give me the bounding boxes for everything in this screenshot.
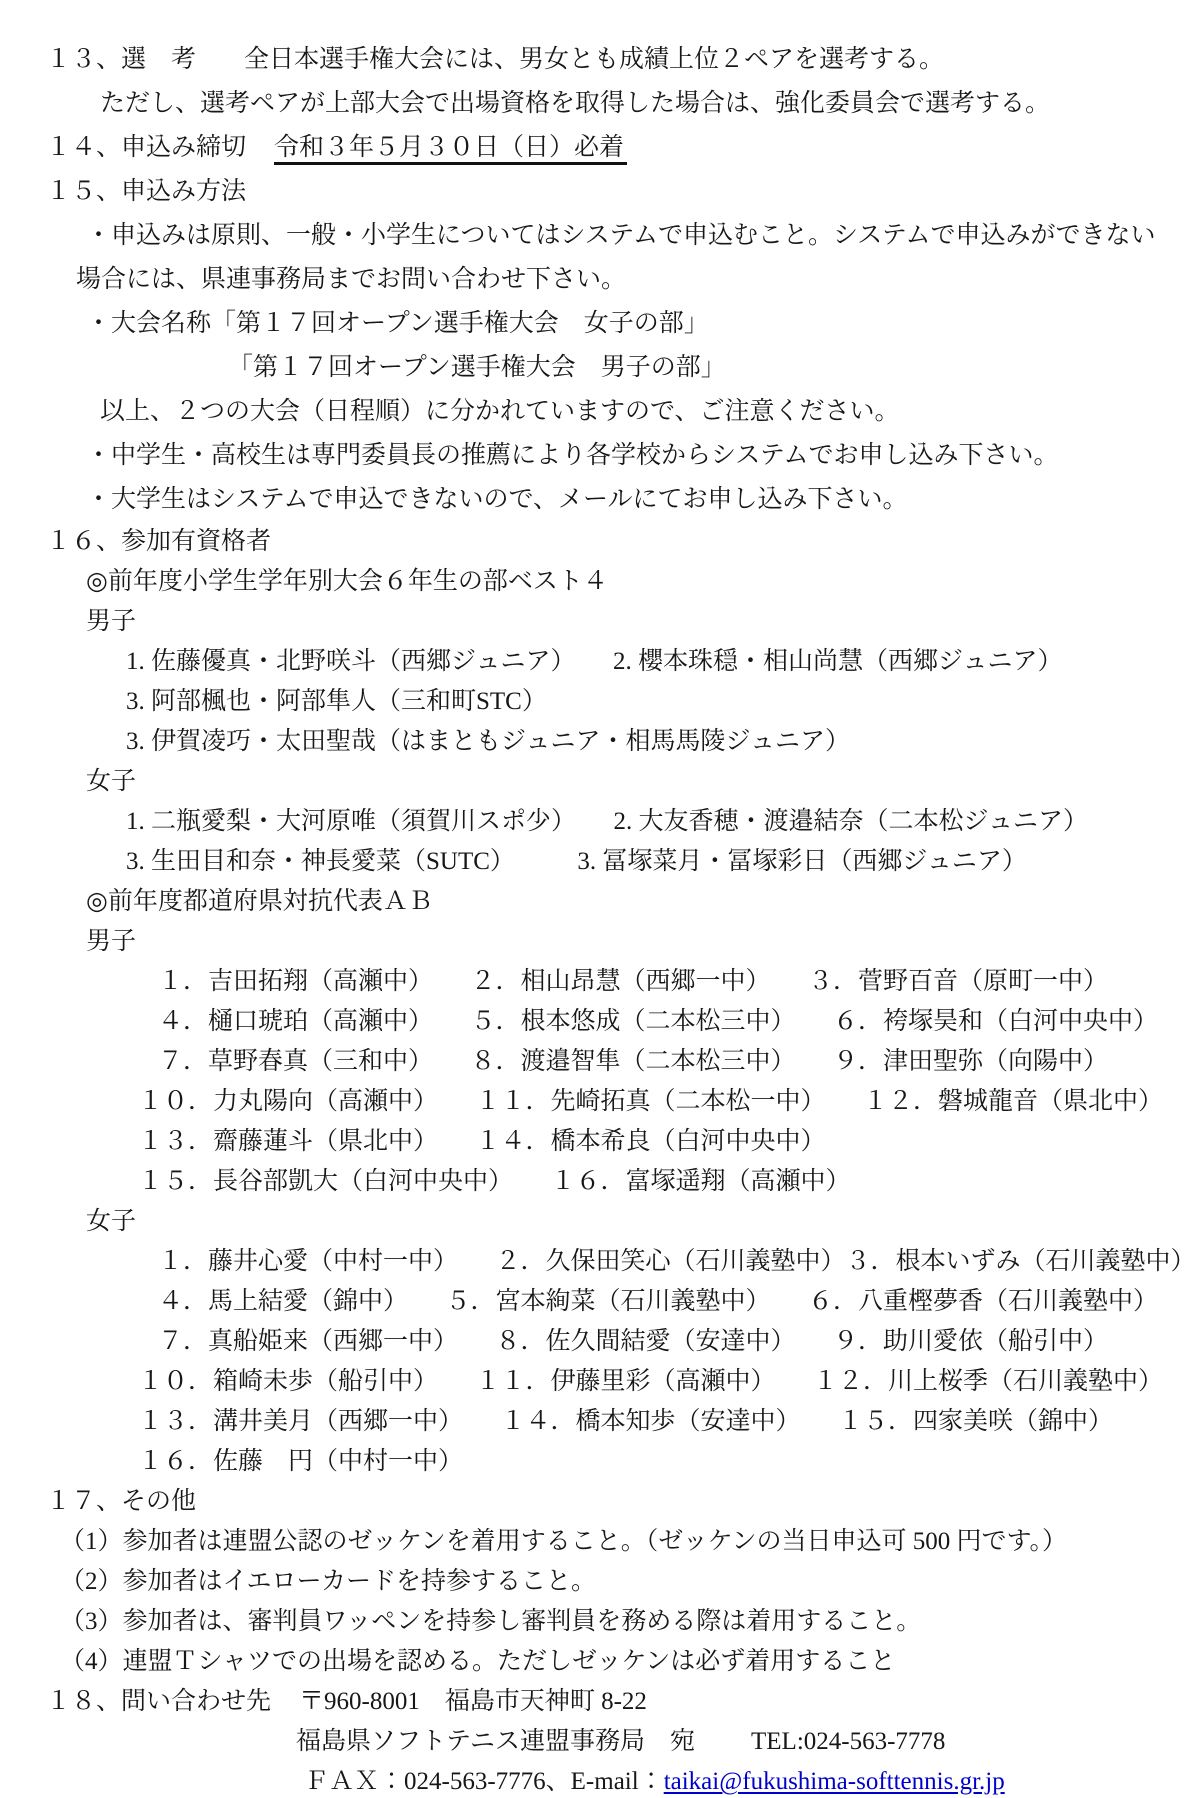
- s15-heading: １５、申込み方法: [46, 178, 246, 205]
- line-apply-method-heading: １５、申込み方法: [46, 170, 1180, 214]
- prefectural-girls-row: １０．箱崎未歩（船引中） １１．伊藤里彩（高瀬中） １２．川上桜季（石川義塾中）: [138, 1368, 1163, 1395]
- list-item: ４．樋口琥珀（高瀬中） ５．根本悠成（二本松三中） ６．袴塚昊和（白河中央中）: [158, 1002, 1180, 1042]
- list-item: 1. 二瓶愛梨・大河原唯（須賀川スポ少） 2. 大友香穂・渡邉結奈（二本松ジュニ…: [126, 802, 1180, 842]
- list-item: （4）連盟Ｔシャツでの出場を認める。ただしゼッケンは必ず着用すること: [60, 1642, 1180, 1682]
- line-contact-heading: １８、問い合わせ先〒960-8001 福島市天神町 8-22: [46, 1682, 1180, 1722]
- boys-label: 男子: [86, 608, 136, 635]
- prefectural-boys-row: １３．齋藤蓮斗（県北中） １４．橋本希良（白河中央中）: [138, 1128, 826, 1155]
- other-item: （1）参加者は連盟公認のゼッケンを着用すること。（ゼッケンの当日申込可 500 …: [60, 1528, 1067, 1555]
- list-item: １３．齋藤蓮斗（県北中） １４．橋本希良（白河中央中）: [138, 1122, 1180, 1162]
- list-item: １．吉田拓翔（高瀬中） ２．相山昂慧（西郷一中） ３．菅野百音（原町一中）: [158, 962, 1180, 1002]
- s15-bullet4: ・大学生はシステムで申込できないので、メールにてお申し込み下さい。: [86, 486, 908, 513]
- list-item: １０．力丸陽向（高瀬中） １１．先崎拓真（二本松一中） １２．磐城龍音（県北中）: [138, 1082, 1180, 1122]
- s15-bullet3: ・中学生・高校生は専門委員長の推薦により各学校からシステムでお申し込み下さい。: [86, 442, 1059, 469]
- line-other-heading: １７、その他: [46, 1482, 1180, 1522]
- prefectural-title: ◎前年度都道府県対抗代表ＡＢ: [86, 888, 433, 915]
- boys-label: 男子: [86, 928, 136, 955]
- line-university-apply: ・大学生はシステムで申込できないので、メールにてお申し込み下さい。: [86, 478, 1180, 522]
- document-page: １３、選 考全日本選手権大会には、男女とも成績上位２ペアを選考する。 ただし、選…: [0, 0, 1200, 1798]
- list-item: １５．長谷部凱大（白河中央中） １６．富塚遥翔（高瀬中）: [138, 1162, 1180, 1202]
- line-contact-office: 福島県ソフトテニス連盟事務局 宛TEL:024-563-7778: [296, 1722, 1180, 1762]
- s14-deadline-underlined: 令和３年５月３０日（日）必着: [274, 134, 627, 165]
- list-item: （2）参加者はイエローカードを持参すること。: [60, 1562, 1180, 1602]
- list-item: １６．佐藤 円（中村一中）: [138, 1442, 1180, 1482]
- line-junior-high-apply: ・中学生・高校生は専門委員長の推薦により各学校からシステムでお申し込み下さい。: [86, 434, 1180, 478]
- sections-13-15: １３、選 考全日本選手権大会には、男女とも成績上位２ペアを選考する。 ただし、選…: [46, 38, 1180, 522]
- list-item: ７．真船姫来（西郷一中） ８．佐久間結愛（安達中） ９．助川愛依（船引中）: [158, 1322, 1180, 1362]
- s15-bullet1-line2: 場合には、県連事務局までお問い合わせ下さい。: [76, 266, 626, 293]
- prefectural-girls-row: １３．溝井美月（西郷一中） １４．橋本知歩（安達中） １５．四家美咲（錦中）: [138, 1408, 1113, 1435]
- list-item: （3）参加者は、審判員ワッペンを持参し審判員を務める際は着用すること。: [60, 1602, 1180, 1642]
- line-elementary-boys-label: 男子: [86, 602, 1180, 642]
- s13-note: ただし、選考ペアが上部大会で出場資格を取得した場合は、強化委員会で選考する。: [100, 90, 1050, 117]
- s14-heading: １４、申込み締切: [46, 134, 246, 161]
- prefectural-boys-row: ４．樋口琥珀（高瀬中） ５．根本悠成（二本松三中） ６．袴塚昊和（白河中央中）: [158, 1008, 1158, 1035]
- line-tournament-name-men: 「第１７回オープン選手権大会 男子の部」: [228, 346, 1180, 390]
- list-item: １０．箱崎未歩（船引中） １１．伊藤里彩（高瀬中） １２．川上桜季（石川義塾中）: [138, 1362, 1180, 1402]
- list-item: 3. 伊賀凌巧・太田聖哉（はまともジュニア・相馬馬陵ジュニア）: [126, 722, 1180, 762]
- line-selection-note: ただし、選考ペアが上部大会で出場資格を取得した場合は、強化委員会で選考する。: [100, 82, 1180, 126]
- list-item: 3. 阿部楓也・阿部隼人（三和町STC）: [126, 682, 1180, 722]
- prefectural-boys-row: １０．力丸陽向（高瀬中） １１．先崎拓真（二本松一中） １２．磐城龍音（県北中）: [138, 1088, 1163, 1115]
- list-item: ４．馬上結愛（錦中） ５．宮本絢菜（石川義塾中） ６．八重樫夢香（石川義塾中）: [158, 1282, 1180, 1322]
- other-item: （4）連盟Ｔシャツでの出場を認める。ただしゼッケンは必ず着用すること: [60, 1648, 895, 1675]
- list-item: １３．溝井美月（西郷一中） １４．橋本知歩（安達中） １５．四家美咲（錦中）: [138, 1402, 1180, 1442]
- line-deadline: １４、申込み締切令和３年５月３０日（日）必着: [46, 126, 1180, 170]
- s15-bullet2-line2: 「第１７回オープン選手権大会 男子の部」: [228, 354, 726, 381]
- s17-heading: １７、その他: [46, 1488, 196, 1515]
- s13-heading: １３、選 考: [46, 46, 196, 73]
- line-eligibility-heading: １６、参加有資格者: [46, 522, 1180, 562]
- line-tournament-note: 以上、２つの大会（日程順）に分かれていますので、ご注意ください。: [100, 390, 1180, 434]
- tel-number: TEL:024-563-7778: [751, 1728, 945, 1755]
- s15-bullet2-line1: ・大会名称「第１７回オープン選手権大会 女子の部」: [86, 310, 709, 337]
- elementary-title: ◎前年度小学生学年別大会６年生の部ベスト４: [86, 568, 608, 595]
- prefectural-girls-row: ４．馬上結愛（錦中） ５．宮本絢菜（石川義塾中） ６．八重樫夢香（石川義塾中）: [158, 1288, 1158, 1315]
- line-contact-fax-email: ＦＡＸ：024-563-7776、E-mail：taikai@fukushima…: [304, 1762, 1180, 1798]
- s16-heading: １６、参加有資格者: [46, 528, 271, 555]
- prefectural-girls-row: １６．佐藤 円（中村一中）: [138, 1448, 463, 1475]
- line-elementary-girls-label: 女子: [86, 762, 1180, 802]
- girls-label: 女子: [86, 1208, 136, 1235]
- s13-body: 全日本選手権大会には、男女とも成績上位２ペアを選考する。: [244, 46, 944, 73]
- s15-bullet1-line1: ・申込みは原則、一般・小学生についてはシステムで申込むこと。システムで申込みがで…: [86, 222, 1156, 249]
- email-link[interactable]: taikai@fukushima-softtennis.gr.jp: [664, 1768, 1005, 1795]
- line-selection: １３、選 考全日本選手権大会には、男女とも成績上位２ペアを選考する。: [46, 38, 1180, 82]
- prefectural-girls-row: １．藤井心愛（中村一中） ２．久保田笑心（石川義塾中）３．根本いずみ（石川義塾中…: [158, 1248, 1196, 1275]
- line-apply-bullet1: ・申込みは原則、一般・小学生についてはシステムで申込むこと。システムで申込みがで…: [86, 214, 1180, 258]
- line-prefectural-title: ◎前年度都道府県対抗代表ＡＢ: [86, 882, 1180, 922]
- list-item: （1）参加者は連盟公認のゼッケンを着用すること。（ゼッケンの当日申込可 500 …: [60, 1522, 1180, 1562]
- elementary-girls-row: 3. 生田目和奈・神長愛菜（SUTC） 3. 冨塚菜月・冨塚彩日（西郷ジュニア）: [126, 848, 1027, 875]
- sections-16-18: １６、参加有資格者 ◎前年度小学生学年別大会６年生の部ベスト４ 男子 1. 佐藤…: [46, 522, 1180, 1798]
- elementary-boys-row: 1. 佐藤優真・北野咲斗（西郷ジュニア） 2. 櫻本珠穏・相山尚慧（西郷ジュニア…: [126, 648, 1063, 675]
- elementary-girls-row: 1. 二瓶愛梨・大河原唯（須賀川スポ少） 2. 大友香穂・渡邉結奈（二本松ジュニ…: [126, 808, 1088, 835]
- other-item: （3）参加者は、審判員ワッペンを持参し審判員を務める際は着用すること。: [60, 1608, 921, 1635]
- prefectural-boys-row: １．吉田拓翔（高瀬中） ２．相山昂慧（西郷一中） ３．菅野百音（原町一中）: [158, 968, 1108, 995]
- prefectural-boys-row: １５．長谷部凱大（白河中央中） １６．富塚遥翔（高瀬中）: [138, 1168, 851, 1195]
- line-prefectural-girls-label: 女子: [86, 1202, 1180, 1242]
- line-tournament-name-women: ・大会名称「第１７回オープン選手権大会 女子の部」: [86, 302, 1180, 346]
- s15-bullet2-line3: 以上、２つの大会（日程順）に分かれていますので、ご注意ください。: [100, 398, 900, 425]
- prefectural-boys-row: ７．草野春真（三和中） ８．渡邉智隼（二本松三中） ９．津田聖弥（向陽中）: [158, 1048, 1108, 1075]
- postal-address: 〒960-8001 福島市天神町 8-22: [299, 1688, 647, 1715]
- list-item: １．藤井心愛（中村一中） ２．久保田笑心（石川義塾中）３．根本いずみ（石川義塾中…: [158, 1242, 1180, 1282]
- list-item: ７．草野春真（三和中） ８．渡邉智隼（二本松三中） ９．津田聖弥（向陽中）: [158, 1042, 1180, 1082]
- prefectural-girls-row: ７．真船姫来（西郷一中） ８．佐久間結愛（安達中） ９．助川愛依（船引中）: [158, 1328, 1108, 1355]
- elementary-boys-row: 3. 阿部楓也・阿部隼人（三和町STC）: [126, 688, 547, 715]
- line-elementary-title: ◎前年度小学生学年別大会６年生の部ベスト４: [86, 562, 1180, 602]
- fax-email-prefix: ＦＡＸ：024-563-7776、E-mail：: [304, 1768, 664, 1795]
- office-name: 福島県ソフトテニス連盟事務局 宛: [296, 1728, 695, 1755]
- s18-heading: １８、問い合わせ先: [46, 1688, 271, 1715]
- elementary-boys-row: 3. 伊賀凌巧・太田聖哉（はまともジュニア・相馬馬陵ジュニア）: [126, 728, 850, 755]
- girls-label: 女子: [86, 768, 136, 795]
- line-apply-bullet1-wrap: 場合には、県連事務局までお問い合わせ下さい。: [76, 258, 1180, 302]
- line-prefectural-boys-label: 男子: [86, 922, 1180, 962]
- list-item: 1. 佐藤優真・北野咲斗（西郷ジュニア） 2. 櫻本珠穏・相山尚慧（西郷ジュニア…: [126, 642, 1180, 682]
- other-item: （2）参加者はイエローカードを持参すること。: [60, 1568, 596, 1595]
- list-item: 3. 生田目和奈・神長愛菜（SUTC） 3. 冨塚菜月・冨塚彩日（西郷ジュニア）: [126, 842, 1180, 882]
